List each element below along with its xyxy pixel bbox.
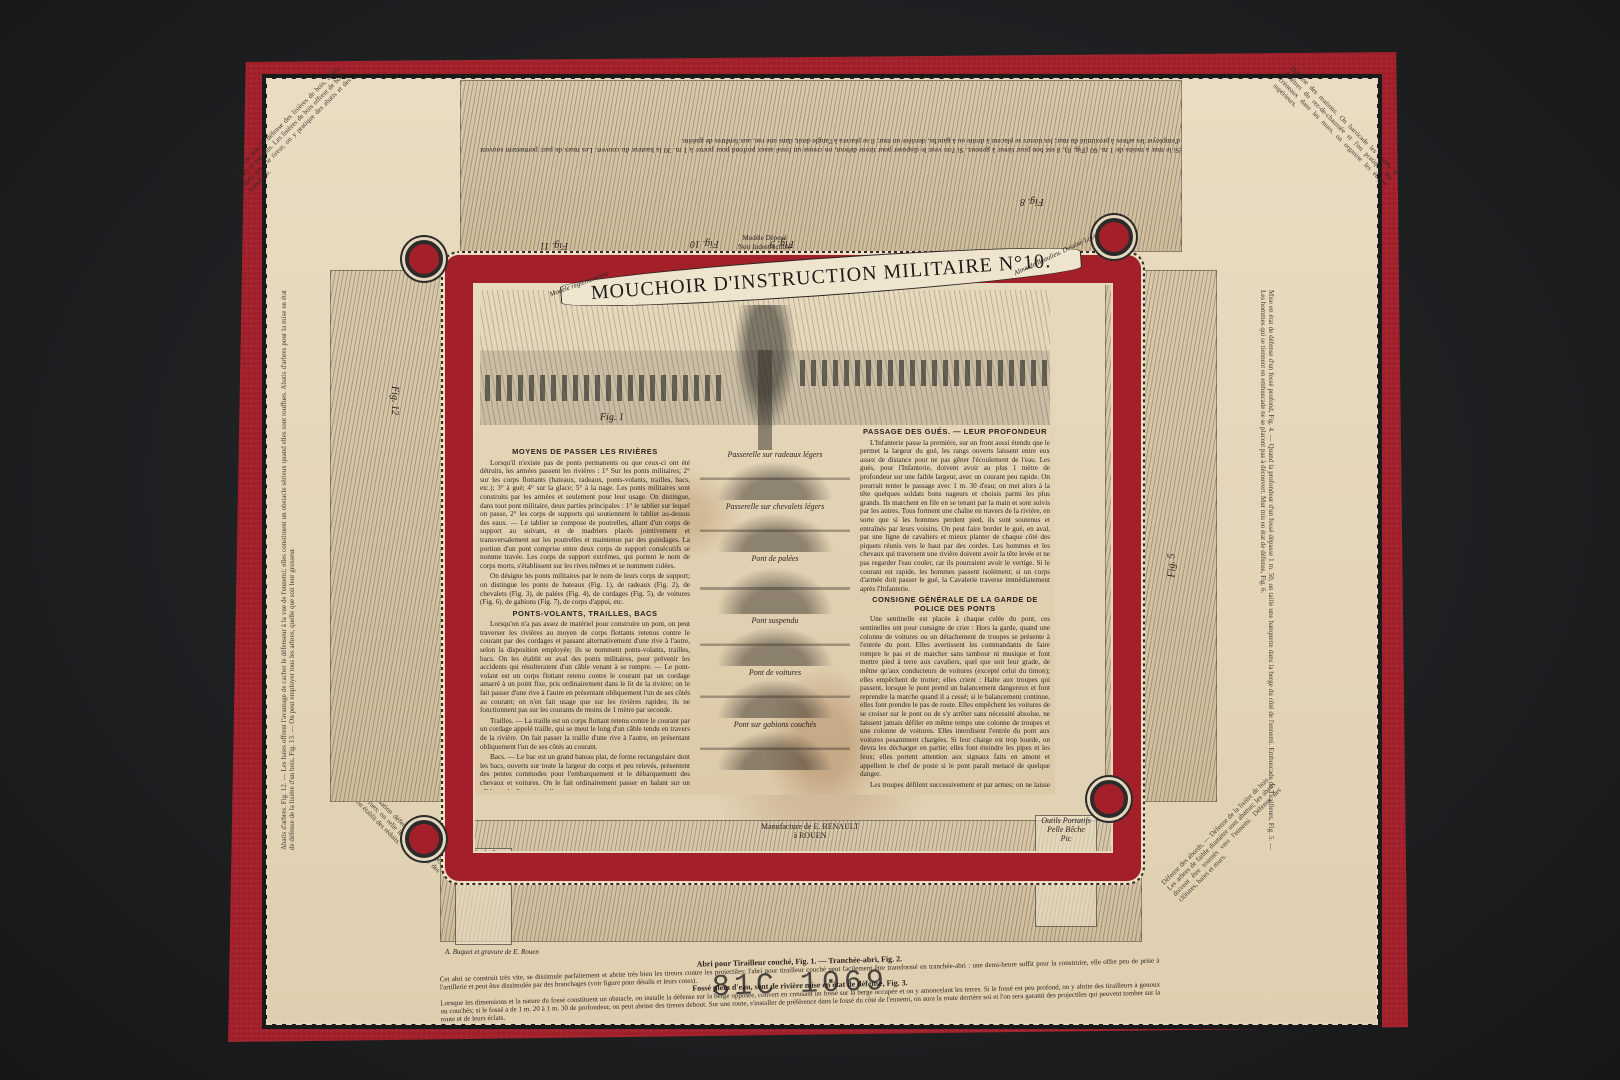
section-heading: PASSAGE DES GUÉS. — LEUR PROFONDEUR <box>860 428 1050 437</box>
inventory-stamp: 81C 1069 <box>711 965 888 1005</box>
rosette-top-left <box>405 240 443 278</box>
paragraph: On désigne les ponts militaires par le n… <box>480 572 690 606</box>
fig-label: Fig. 11 <box>540 240 568 251</box>
tree-trunk <box>758 350 772 450</box>
figure-passerelle-chevalets: Passerelle sur chevalets légers <box>700 502 850 552</box>
paragraph: Une sentinelle est placée à chaque culée… <box>860 615 1050 778</box>
fig-label: Fig. 12 <box>389 386 400 415</box>
paragraph: L'Infanterie passe la première, sur un f… <box>860 439 1050 594</box>
fig-label: Fig. 8 <box>1020 196 1044 207</box>
paragraph: Lorsqu'on n'a pas assez de matériel pour… <box>480 620 690 715</box>
right-text-column: PASSAGE DES GUÉS. — LEUR PROFONDEUR L'In… <box>860 425 1050 790</box>
brand-line-1: Modèle Déposé <box>738 234 791 243</box>
figure-pont-gabions: Pont sur gabions couchés <box>700 720 850 770</box>
figure-pont-voitures: Pont de voitures <box>700 668 850 718</box>
marching-soldiers-right <box>800 360 1050 386</box>
section-heading: CONSIGNE GÉNÉRALE DE LA GARDE DE POLICE … <box>860 596 1050 613</box>
left-side-text: Abatis d'arbres. Fig. 12. — Les haies of… <box>280 290 330 850</box>
fig-label: Fig. 10 <box>690 238 719 249</box>
figure-pont-suspendu: Pont suspendu <box>700 616 850 666</box>
left-illustration-band <box>330 270 442 802</box>
printer-note: A. Buquet et gravure de E. Rouen <box>445 948 539 956</box>
rosette-bottom-left <box>405 820 443 858</box>
fig-label: Fig. 1 <box>600 412 624 423</box>
manufacturer-mark: Manufacture de E. RENAULT à ROUEN <box>740 822 880 840</box>
fig-label: Fig. 5 <box>1166 554 1177 578</box>
marching-soldiers-left <box>485 375 725 401</box>
top-band-text: Si le mur a moins de 1 m. 60 (Fig. 8), i… <box>480 85 1180 155</box>
rosette-bottom-right <box>1090 780 1128 818</box>
maker-line-1: Manufacture de E. RENAULT <box>740 822 880 831</box>
section-heading: PONTS-VOLANTS, TRAILLES, BACS <box>480 610 690 619</box>
bridge-figures-column: Passerelle sur radeaux légers Passerelle… <box>700 450 850 810</box>
paragraph: Bacs. — Le bac est un grand bateau plat,… <box>480 753 690 790</box>
brand-line-2: Noir Indestructible <box>738 243 791 252</box>
paragraph: Les troupes défilent successivement et p… <box>860 781 1050 790</box>
left-text-column: MOYENS DE PASSER LES RIVIÈRES Lorsqu'il … <box>480 445 690 790</box>
section-heading: MOYENS DE PASSER LES RIVIÈRES <box>480 448 690 457</box>
rosette-top-right <box>1095 218 1133 256</box>
paragraph: Trailles. — La traille est un corps flot… <box>480 717 690 751</box>
brand-mark: Modèle Déposé Noir Indestructible <box>738 234 791 252</box>
figure-pont-palees: Pont de palées <box>700 554 850 614</box>
figure-passerelle-radeaux: Passerelle sur radeaux légers <box>700 450 850 500</box>
maker-line-2: à ROUEN <box>740 831 880 840</box>
paragraph: Lorsqu'il n'existe pas de ponts permanen… <box>480 459 690 571</box>
right-side-text: Mise en état de défense d'un fossé profo… <box>1225 290 1275 850</box>
